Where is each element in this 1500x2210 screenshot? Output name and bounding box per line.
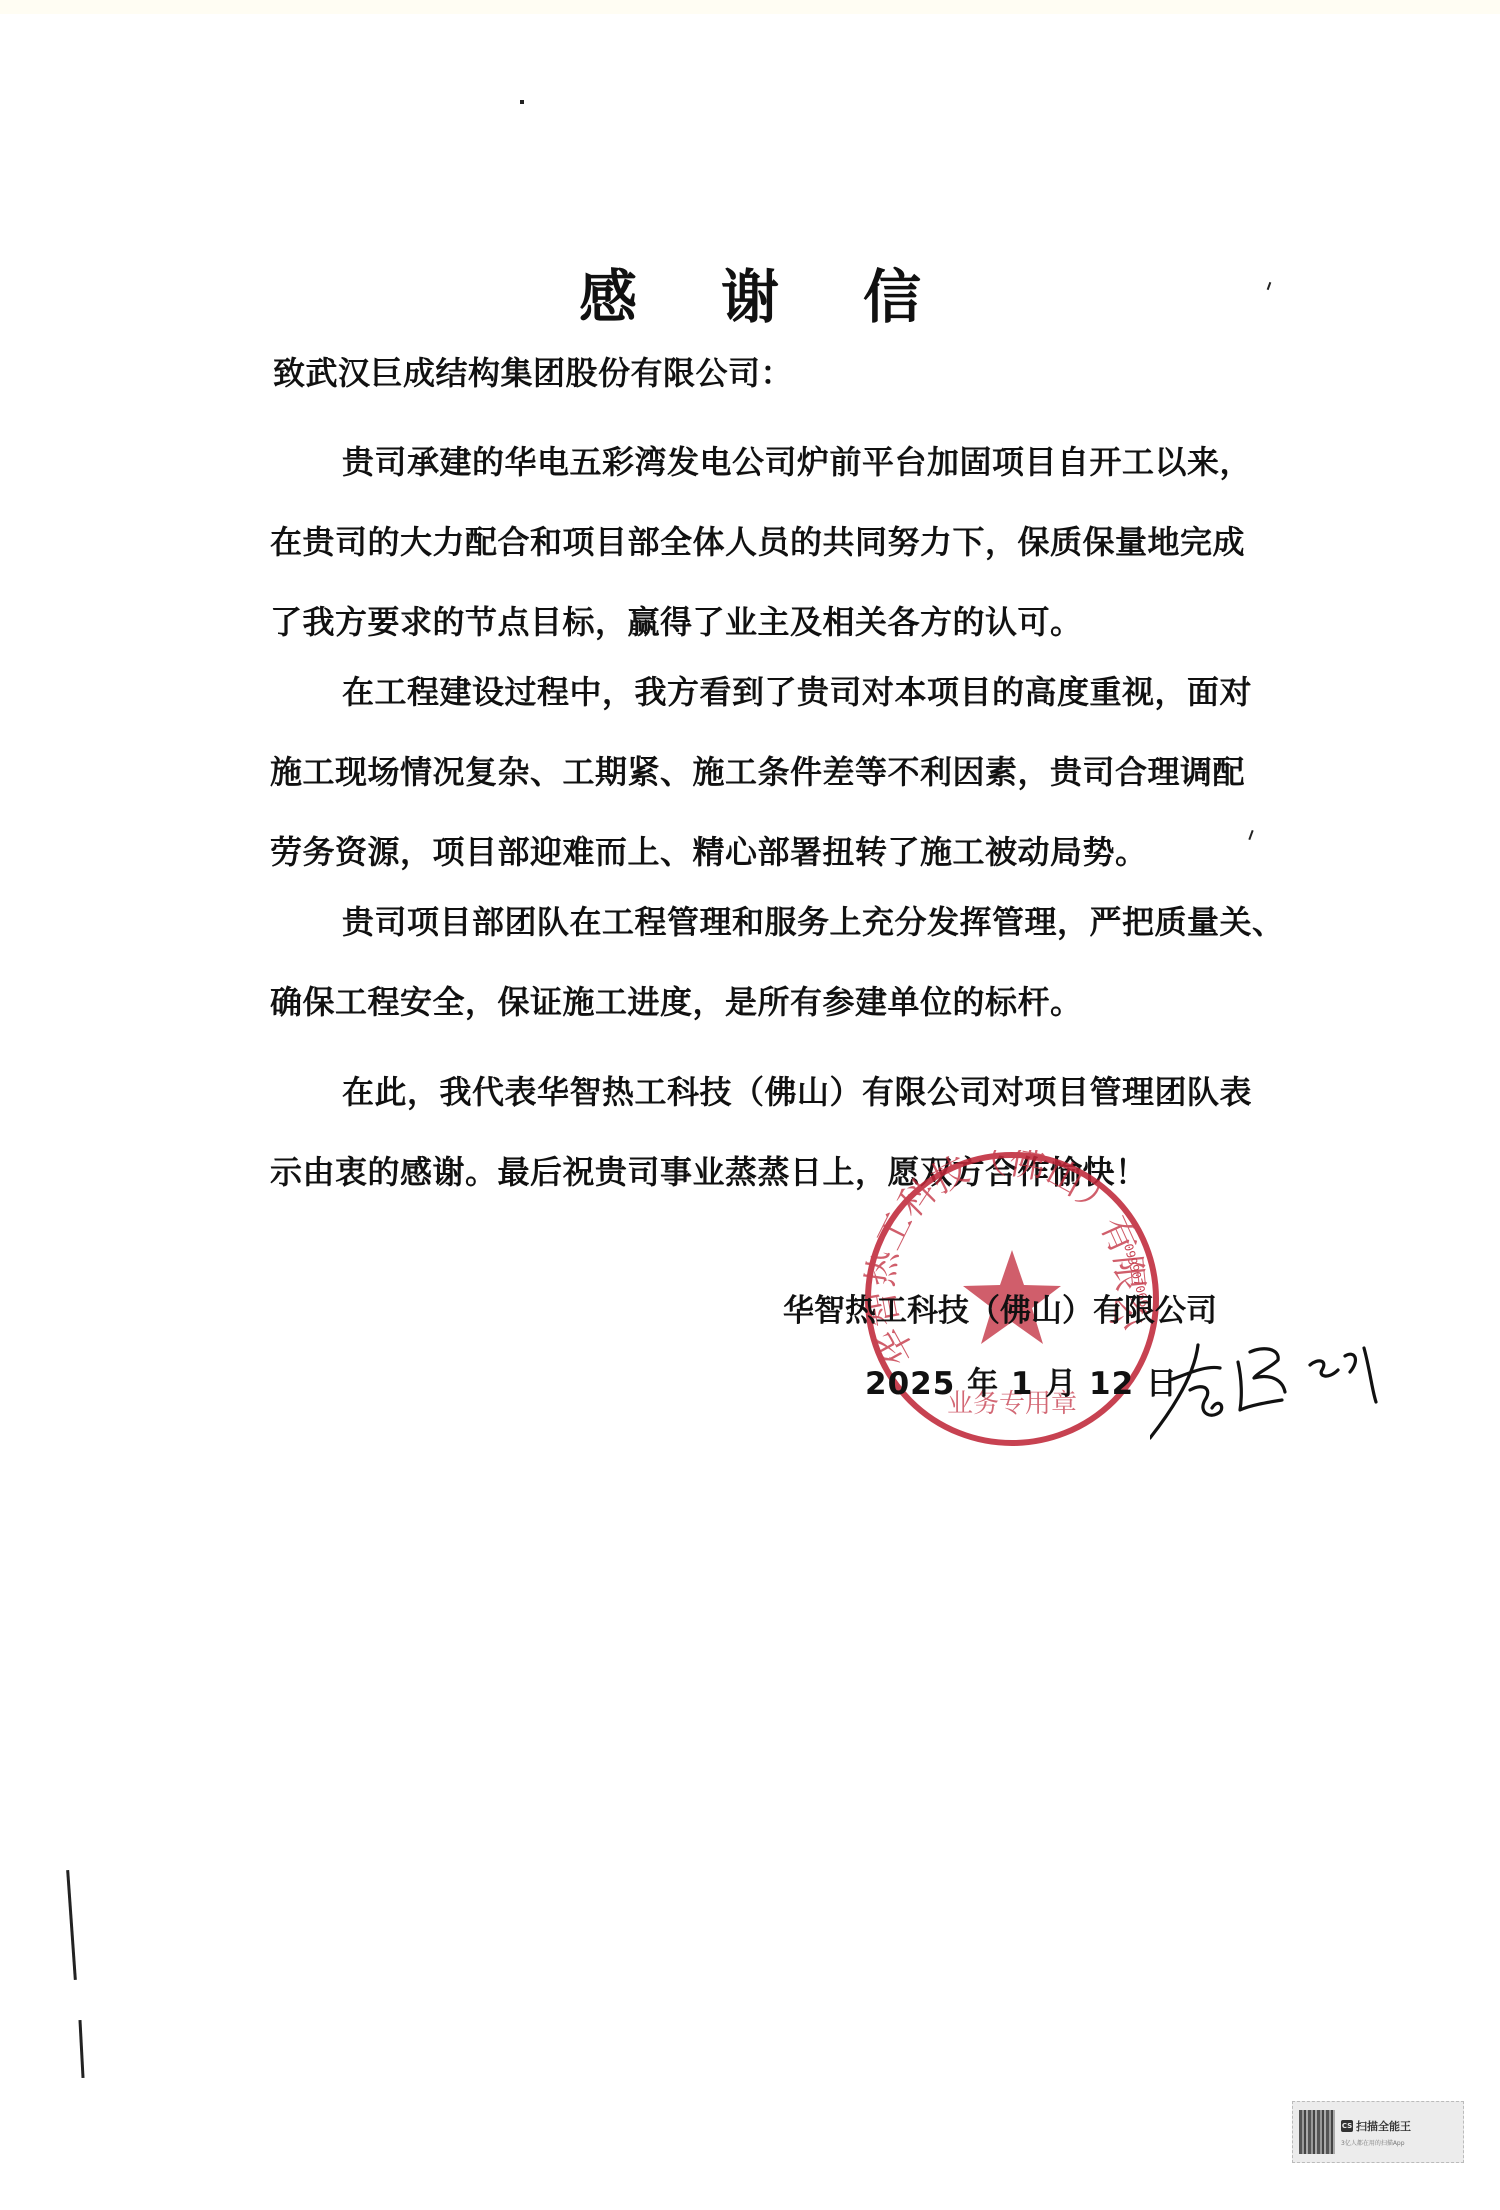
- paragraph-2: 在工程建设过程中，我方看到了贵司对本项目的高度重视，面对 施工现场情况复杂、工期…: [270, 652, 1360, 892]
- scan-top-edge: [0, 0, 1500, 14]
- paragraph-3: 贵司项目部团队在工程管理和服务上充分发挥管理，严把质量关、 确保工程安全，保证施…: [270, 882, 1360, 1042]
- paragraph-line: 贵司项目部团队在工程管理和服务上充分发挥管理，严把质量关、: [270, 882, 1360, 962]
- qr-code-icon: [1299, 2110, 1335, 2154]
- paragraph-line: 在此，我代表华智热工科技（佛山）有限公司对项目管理团队表: [270, 1052, 1360, 1132]
- page-title: 感谢信: [0, 250, 1500, 334]
- scan-speck: [520, 100, 524, 104]
- handwritten-signature-icon: [1150, 1320, 1400, 1450]
- cs-logo-icon: CS: [1341, 2120, 1353, 2132]
- paragraph-1: 贵司承建的华电五彩湾发电公司炉前平台加固项目自开工以来， 在贵司的大力配合和项目…: [270, 422, 1360, 662]
- paragraph-line: 劳务资源，项目部迎难而上、精心部署扭转了施工被动局势。: [270, 812, 1360, 892]
- paragraph-line: 施工现场情况复杂、工期紧、施工条件差等不利因素，贵司合理调配: [270, 732, 1360, 812]
- scan-margin-mark: [66, 1870, 77, 1980]
- scanner-watermark-badge: CS 扫描全能王 3亿人都在用的扫描App: [1292, 2101, 1464, 2163]
- paragraph-line: 示由衷的感谢。最后祝贵司事业蒸蒸日上，愿双方合作愉快！: [270, 1132, 1360, 1212]
- scan-margin-mark: [78, 2020, 84, 2078]
- title-char: 感: [579, 250, 637, 334]
- salutation: 致武汉巨成结构集团股份有限公司：: [273, 348, 793, 394]
- paragraph-line: 确保工程安全，保证施工进度，是所有参建单位的标杆。: [270, 962, 1360, 1042]
- paragraph-4: 在此，我代表华智热工科技（佛山）有限公司对项目管理团队表 示由衷的感谢。最后祝贵…: [270, 1052, 1360, 1212]
- badge-subtitle: 3亿人都在用的扫描App: [1341, 2138, 1411, 2147]
- badge-title: 扫描全能王: [1356, 2118, 1411, 2134]
- paragraph-line: 了我方要求的节点目标，赢得了业主及相关各方的认可。: [270, 582, 1360, 662]
- signoff-date: 2025 年 1 月 12 日: [865, 1358, 1178, 1403]
- paragraph-line: 贵司承建的华电五彩湾发电公司炉前平台加固项目自开工以来，: [270, 422, 1360, 502]
- paragraph-line: 在贵司的大力配合和项目部全体人员的共同努力下，保质保量地完成: [270, 502, 1360, 582]
- title-char: 信: [863, 250, 921, 334]
- title-char: 谢: [721, 250, 779, 334]
- svg-text:华智热工科技（佛山）有限公司: 华智热工科技（佛山）有限公司: [862, 1150, 1150, 1371]
- paragraph-line: 在工程建设过程中，我方看到了贵司对本项目的高度重视，面对: [270, 652, 1360, 732]
